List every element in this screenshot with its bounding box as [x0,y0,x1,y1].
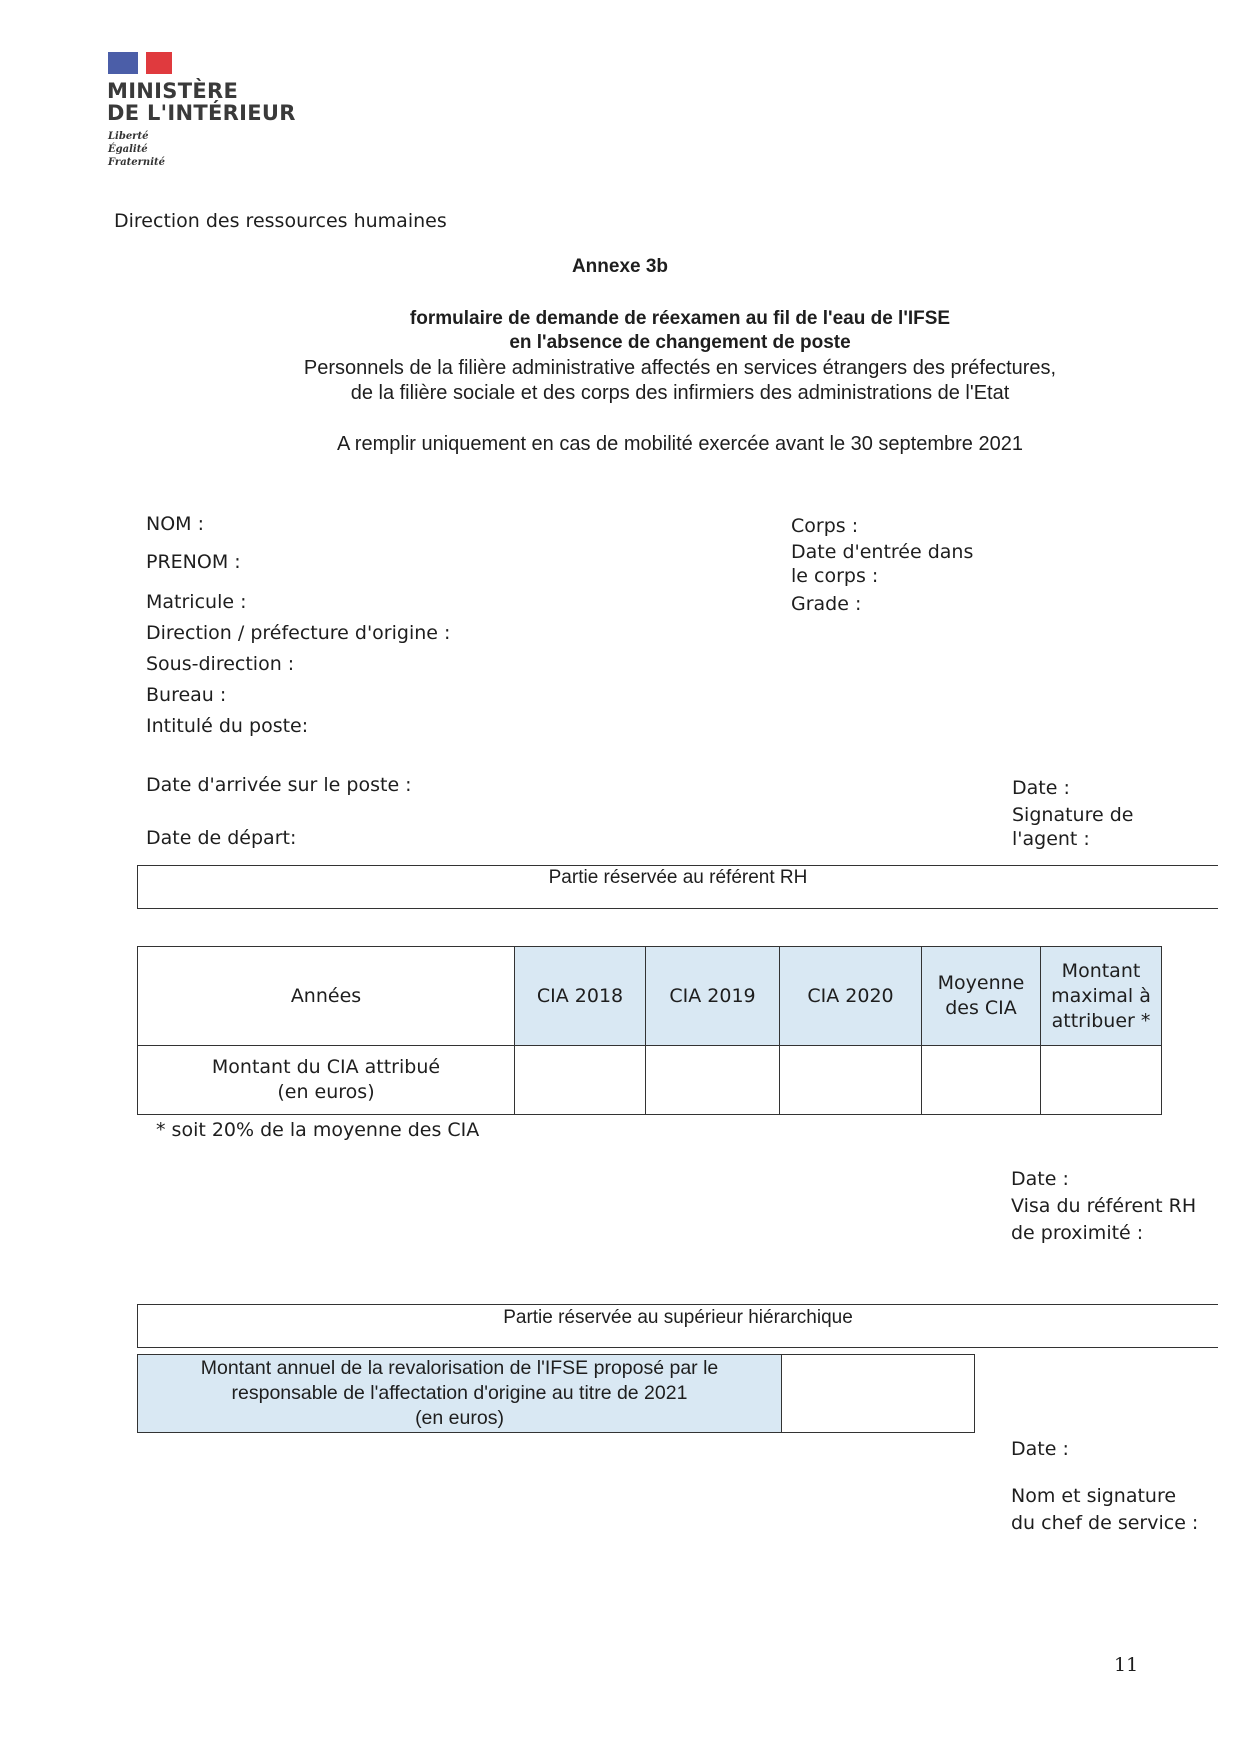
field-nom[interactable]: NOM : [146,512,204,536]
date-entree-line-1: Date d'entrée dans [791,540,973,564]
ifse-table: Montant annuel de la revalorisation de l… [137,1354,975,1433]
table-row: Montant annuel de la revalorisation de l… [138,1355,975,1433]
motto-egalite: Égalité [108,143,165,156]
ifse-label-line-1: Montant annuel de la revalorisation de l… [139,1356,780,1381]
col-cia-2020: CIA 2020 [780,947,922,1046]
field-agent-signature[interactable]: Signature de l'agent : [1012,803,1133,851]
date-entree-line-2: le corps : [791,564,973,588]
cia-row-header-years: Années [138,947,515,1046]
rh-section-title: Partie réservée au référent RH [549,867,808,888]
cia-table-header-row: Années CIA 2018 CIA 2019 CIA 2020 Moyenn… [138,947,1162,1046]
row-label-line-1: Montant du CIA attribué [142,1055,510,1080]
rh-section-header: Partie réservée au référent RH [137,865,1218,909]
rh-visa-line-1: Visa du référent RH [1011,1193,1196,1220]
field-date-depart[interactable]: Date de départ: [146,826,296,850]
field-corps[interactable]: Corps : [791,514,858,538]
cell-cia-2018[interactable] [515,1046,646,1115]
cia-footnote: * soit 20% de la moyenne des CIA [156,1118,479,1142]
form-subtitle: Personnels de la filière administrative … [0,356,1240,406]
rh-visa-line-2: de proximité : [1011,1220,1196,1247]
french-flag-logo [108,52,172,74]
superior-signature-line-2: du chef de service : [1011,1510,1198,1537]
republic-motto: Liberté Égalité Fraternité [108,130,165,169]
superior-section-title: Partie réservée au supérieur hiérarchiqu… [503,1307,853,1328]
form-title-line-1: formulaire de demande de réexamen au fil… [0,307,1240,331]
field-intitule-poste[interactable]: Intitulé du poste: [146,714,308,738]
field-grade[interactable]: Grade : [791,592,861,616]
col-moyenne-cia: Moyenne des CIA [922,947,1041,1046]
table-row: Montant du CIA attribué (en euros) [138,1046,1162,1115]
field-date-entree-corps[interactable]: Date d'entrée dans le corps : [791,540,973,588]
cell-cia-2020[interactable] [780,1046,922,1115]
field-direction[interactable]: Direction / préfecture d'origine : [146,621,450,645]
cell-moyenne-cia[interactable] [922,1046,1041,1115]
form-instruction: A remplir uniquement en cas de mobilité … [0,433,1240,456]
superior-date[interactable]: Date : [1011,1437,1069,1461]
motto-fraternite: Fraternité [108,156,165,169]
col-cia-2018: CIA 2018 [515,947,646,1046]
subtitle-line-2: de la filière sociale et des corps des i… [0,381,1240,406]
direction-label: Direction des ressources humaines [114,210,447,232]
subtitle-line-1: Personnels de la filière administrative … [0,356,1240,381]
field-agent-date[interactable]: Date : [1012,776,1070,800]
superior-section-header: Partie réservée au supérieur hiérarchiqu… [137,1304,1218,1348]
superior-signature-block[interactable]: Nom et signature du chef de service : [1011,1483,1198,1537]
annexe-title: Annexe 3b [0,256,1240,278]
signature-line-1: Signature de [1012,803,1133,827]
cia-table: Années CIA 2018 CIA 2019 CIA 2020 Moyenn… [137,946,1162,1115]
field-date-arrivee[interactable]: Date d'arrivée sur le poste : [146,773,412,797]
ifse-label-line-2: responsable de l'affectation d'origine a… [139,1381,780,1406]
ifse-label-line-3: (en euros) [139,1406,780,1431]
ifse-amount-value[interactable] [782,1355,975,1433]
col-montant-maximal: Montant maximal à attribuer * [1041,947,1162,1046]
motto-liberte: Liberté [108,130,165,143]
ministry-line-1: MINISTÈRE [107,80,296,102]
superior-signature-line-1: Nom et signature [1011,1483,1198,1510]
field-sous-direction[interactable]: Sous-direction : [146,652,294,676]
field-matricule[interactable]: Matricule : [146,590,246,614]
flag-blue-band [108,52,138,74]
flag-red-band [146,52,172,74]
form-title-line-2: en l'absence de changement de poste [0,331,1240,355]
cell-montant-maximal[interactable] [1041,1046,1162,1115]
ministry-name: MINISTÈRE DE L'INTÉRIEUR [107,80,296,124]
row-label-line-2: (en euros) [142,1080,510,1105]
rh-date-label: Date : [1011,1166,1196,1193]
cia-amount-row-label: Montant du CIA attribué (en euros) [138,1046,515,1115]
form-title: formulaire de demande de réexamen au fil… [0,307,1240,355]
field-prenom[interactable]: PRENOM : [146,550,241,574]
ministry-line-2: DE L'INTÉRIEUR [107,102,296,124]
field-bureau[interactable]: Bureau : [146,683,226,707]
signature-line-2: l'agent : [1012,827,1133,851]
page-number: 11 [1114,1654,1138,1676]
cell-cia-2019[interactable] [646,1046,780,1115]
ifse-amount-label: Montant annuel de la revalorisation de l… [138,1355,782,1433]
col-cia-2019: CIA 2019 [646,947,780,1046]
rh-visa-block[interactable]: Date : Visa du référent RH de proximité … [1011,1166,1196,1247]
